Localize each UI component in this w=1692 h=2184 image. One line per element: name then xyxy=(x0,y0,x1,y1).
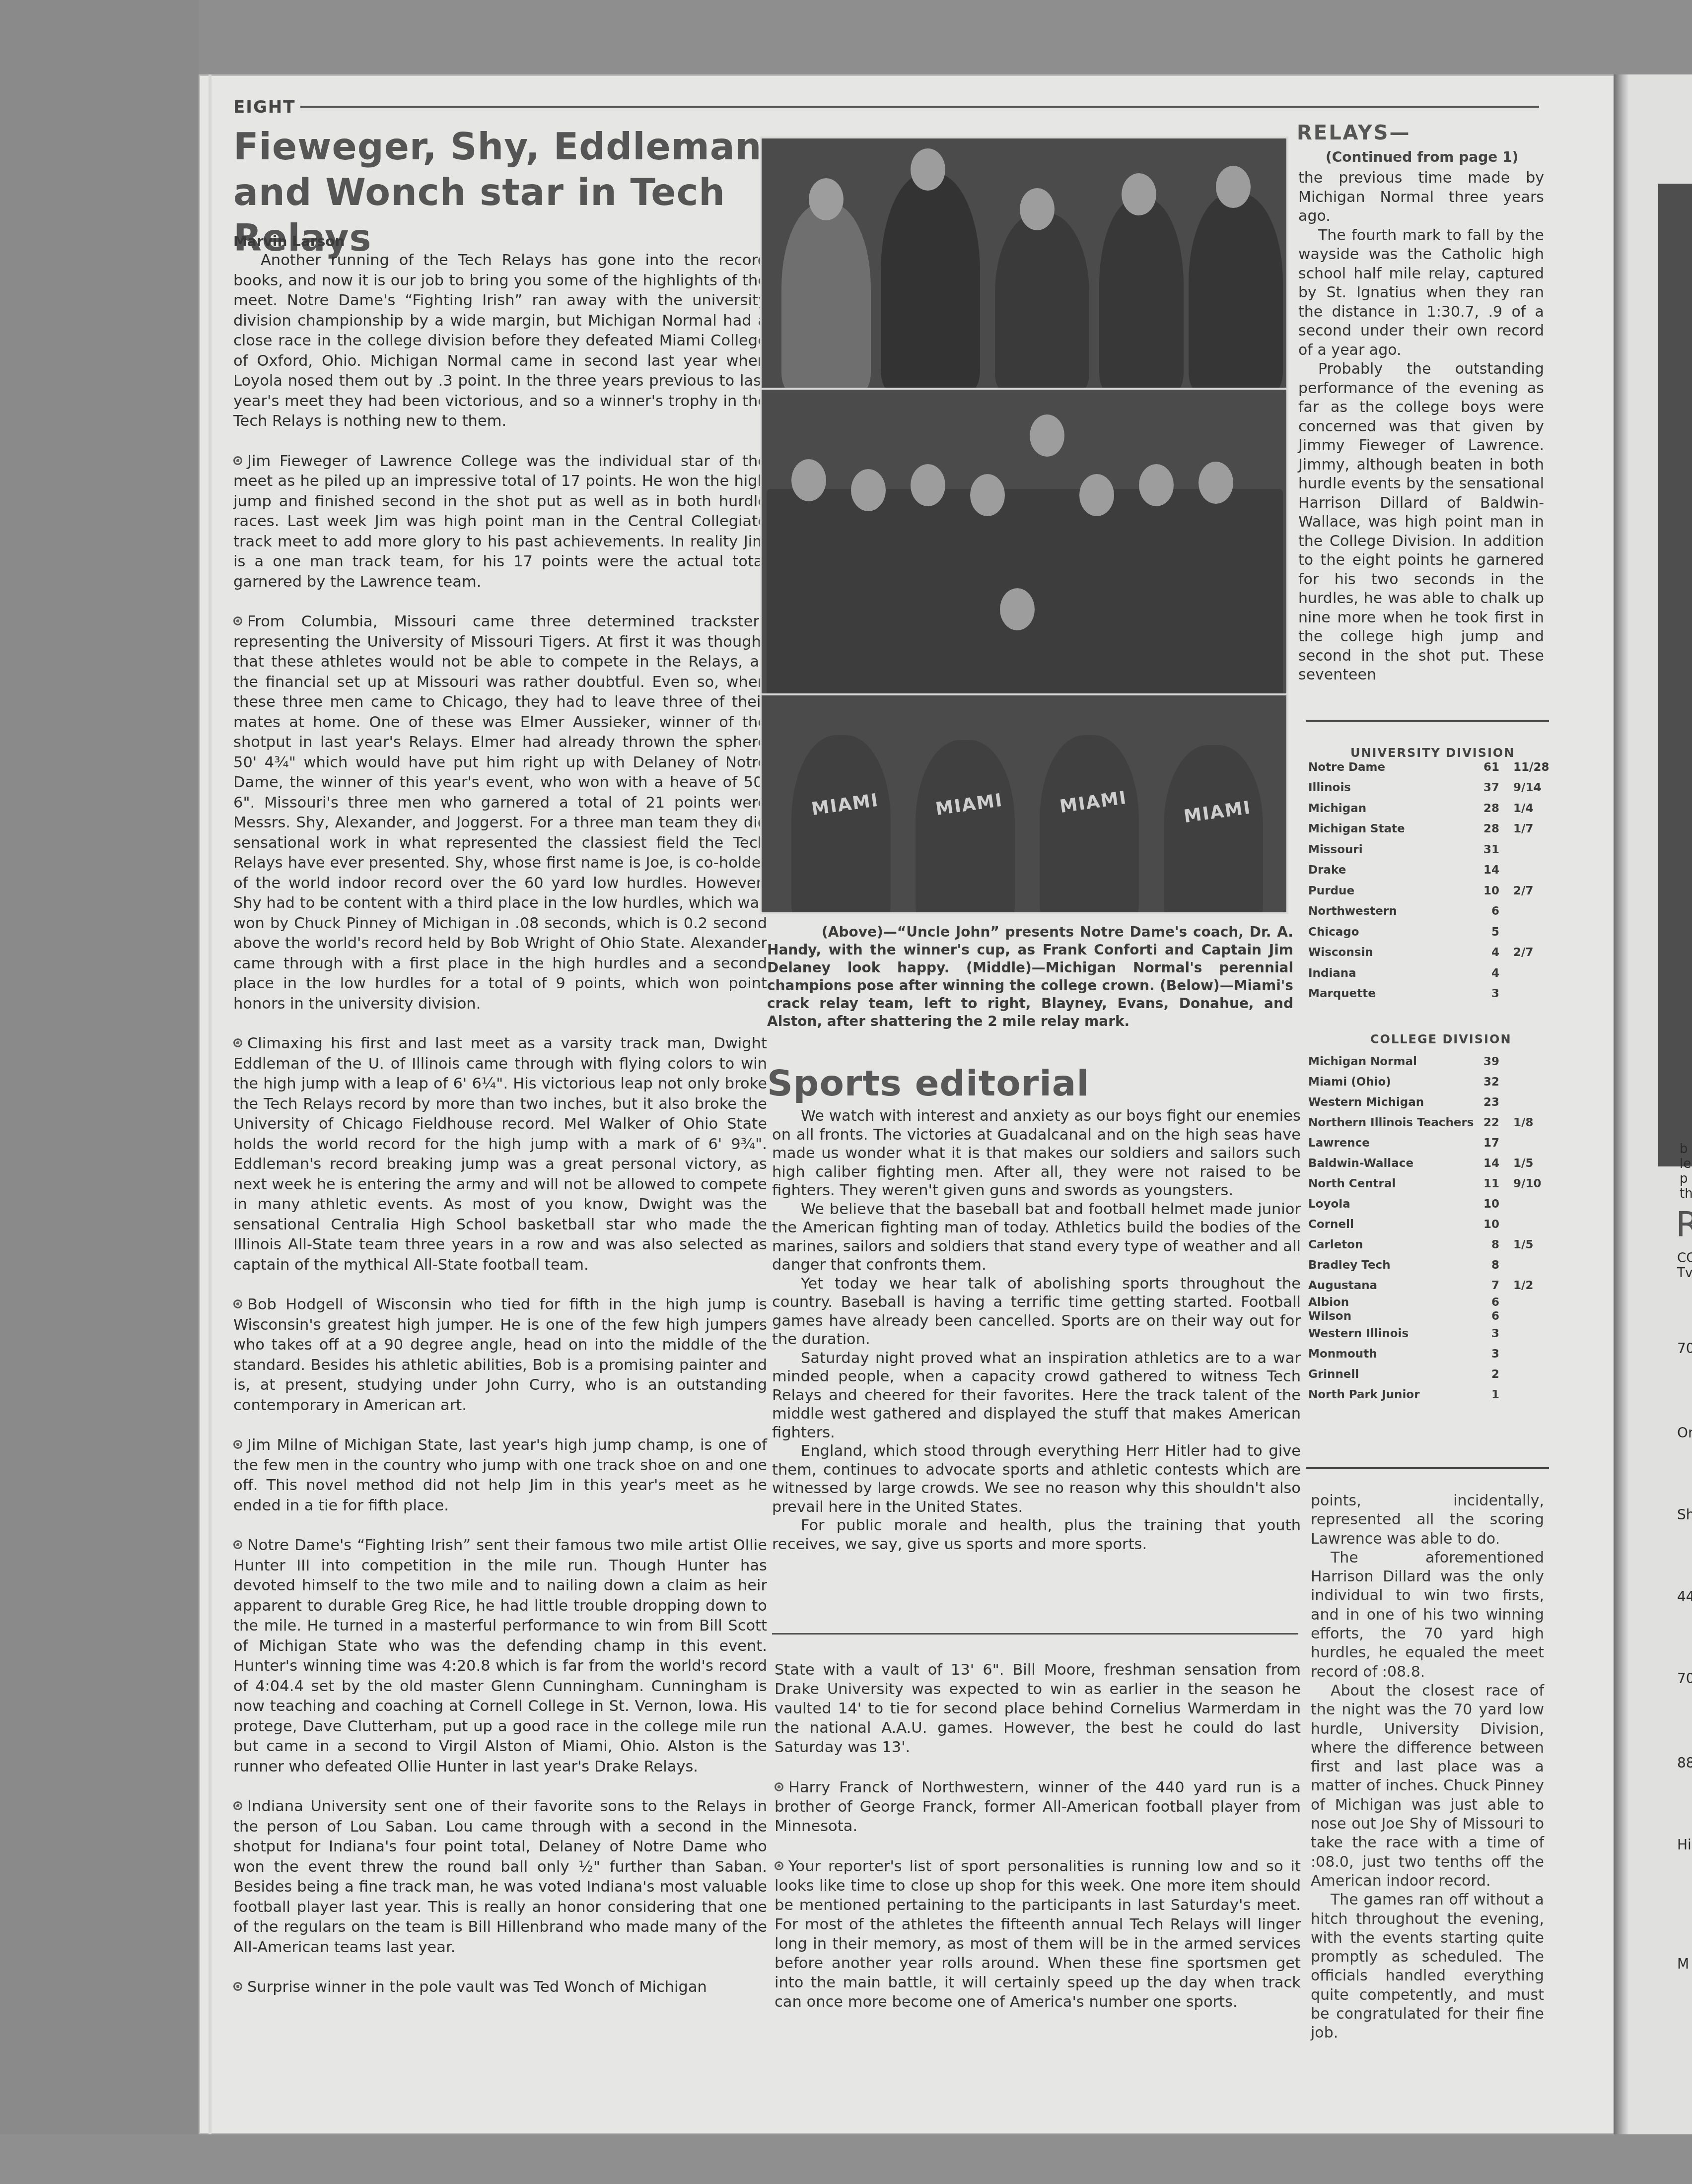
person-figure xyxy=(1099,198,1184,390)
bullet-icon xyxy=(775,1861,783,1870)
photo-caption: (Above)—“Uncle John” presents Notre Dame… xyxy=(767,923,1293,1030)
article-item: Jim Milne of Michigan State, last year's… xyxy=(233,1435,767,1516)
relays-story-continued: points, incidentally, represented all th… xyxy=(1311,1492,1544,2043)
editorial-paragraph: Yet today we hear talk of abolishing spo… xyxy=(772,1275,1301,1349)
table-rule xyxy=(1306,1467,1549,1469)
table-row: Wilson6 xyxy=(1308,1309,1556,1323)
table-row: Purdue102/7 xyxy=(1308,881,1556,901)
person-figure xyxy=(1164,745,1263,914)
relays-paragraph: The games ran off without a hitch throug… xyxy=(1311,1891,1544,2043)
adjacent-fragment: CO xyxy=(1677,1251,1692,1266)
adjacent-page-strip xyxy=(1614,74,1692,2134)
scan-margin-top xyxy=(0,0,1692,74)
person-head xyxy=(1122,173,1156,215)
table-row: Miami (Ohio)32 xyxy=(1308,1072,1556,1092)
table-row: Indiana4 xyxy=(1308,963,1556,984)
photo-stack: MIAMI MIAMI MIAMI MIAMI xyxy=(760,136,1288,914)
adjacent-photo xyxy=(1658,184,1692,1166)
continued-note: (Continued from page 1) xyxy=(1326,149,1518,165)
table-row: Drake14 xyxy=(1308,860,1556,881)
person-head xyxy=(1216,166,1251,208)
table-row: Northern Illinois Teachers221/8 xyxy=(1308,1112,1556,1133)
table-row: North Park Junior1 xyxy=(1308,1384,1556,1405)
editorial-paragraph: England, which stood through everything … xyxy=(772,1442,1301,1516)
article-item-text: Your reporter's list of sport personalit… xyxy=(775,1858,1301,2011)
table-row: Marquette3 xyxy=(1308,984,1556,1005)
bullet-icon xyxy=(233,1440,242,1449)
table-row: Loyola10 xyxy=(1308,1194,1556,1214)
adjacent-fragment: 70 xyxy=(1677,1340,1692,1357)
scan-margin-left xyxy=(0,0,199,2184)
adjacent-fragment: Or xyxy=(1677,1425,1692,1441)
adjacent-fragment: Hi xyxy=(1677,1837,1692,1853)
article-paragraph: Another running of the Tech Relays has g… xyxy=(233,251,767,432)
bullet-icon xyxy=(233,616,242,625)
adjacent-fragment: b xyxy=(1680,1142,1688,1157)
article-item-text: Jim Fieweger of Lawrence College was the… xyxy=(233,453,767,591)
table-row: North Central119/10 xyxy=(1308,1173,1556,1194)
article-item-text: Jim Milne of Michigan State, last year's… xyxy=(233,1436,767,1514)
table-row: Grinnell2 xyxy=(1308,1364,1556,1384)
table-row: Missouri31 xyxy=(1308,839,1556,860)
bullet-icon xyxy=(775,1782,783,1791)
table-row: Michigan State281/7 xyxy=(1308,819,1556,840)
person-figure xyxy=(916,740,1015,914)
university-standings: Notre Dame6111/28 Illinois379/14 Michiga… xyxy=(1308,757,1556,1004)
bullet-icon xyxy=(233,1038,242,1047)
photo-michigan-normal-team xyxy=(760,388,1288,695)
table-row: Augustana71/2 xyxy=(1308,1275,1556,1296)
adjacent-fragment: M xyxy=(1677,1956,1689,1972)
table-rule xyxy=(1306,720,1549,722)
article-item-text: Surprise winner in the pole vault was Te… xyxy=(247,1979,707,1996)
table-row: Bradley Tech8 xyxy=(1308,1255,1556,1275)
article-item: Bob Hodgell of Wisconsin who tied for fi… xyxy=(233,1295,767,1416)
article-item: Jim Fieweger of Lawrence College was the… xyxy=(233,452,767,593)
table-row: Baldwin-Wallace141/5 xyxy=(1308,1153,1556,1173)
person-head xyxy=(1079,474,1114,516)
relays-paragraph: The aforementioned Harrison Dillard was … xyxy=(1311,1549,1544,1682)
table-row: Illinois379/14 xyxy=(1308,778,1556,799)
article-item-text: Bob Hodgell of Wisconsin who tied for fi… xyxy=(233,1296,767,1414)
person-head xyxy=(1030,414,1064,457)
editorial-paragraph: Saturday night proved what an inspiratio… xyxy=(772,1349,1301,1442)
table-row: Michigan Normal39 xyxy=(1308,1051,1556,1072)
bullet-icon xyxy=(233,1299,242,1308)
editorial-paragraph: We watch with interest and anxiety as ou… xyxy=(772,1107,1301,1200)
person-head xyxy=(911,464,945,506)
person-figure xyxy=(881,173,980,390)
table-row: Lawrence17 xyxy=(1308,1133,1556,1153)
person-head xyxy=(1000,588,1035,630)
relays-paragraph: About the closest race of the night was … xyxy=(1311,1682,1544,1891)
person-head xyxy=(809,178,844,220)
person-head xyxy=(1139,464,1174,506)
person-figure xyxy=(791,735,891,914)
person-head xyxy=(911,148,945,191)
article-paragraph: State with a vault of 13' 6". Bill Moore… xyxy=(775,1660,1301,1757)
table-row: Western Illinois3 xyxy=(1308,1323,1556,1344)
college-division-title: COLLEGE DIVISION xyxy=(1370,1032,1512,1046)
relays-paragraph: points, incidentally, represented all th… xyxy=(1311,1492,1544,1549)
table-row: Western Michigan23 xyxy=(1308,1092,1556,1112)
editorial-paragraph: For public morale and health, plus the t… xyxy=(772,1516,1301,1554)
college-standings: Michigan Normal39 Miami (Ohio)32 Western… xyxy=(1308,1051,1556,1405)
article-item-text: From Columbia, Missouri came three deter… xyxy=(233,613,767,1013)
person-head xyxy=(970,474,1005,516)
table-row: Albion6 xyxy=(1308,1296,1556,1309)
editorial-title: Sports editorial xyxy=(767,1062,1089,1104)
adjacent-fragment: 44 xyxy=(1677,1588,1692,1605)
article-item: Notre Dame's “Fighting Irish” sent their… xyxy=(233,1536,767,1777)
table-row: Notre Dame6111/28 xyxy=(1308,757,1556,778)
adjacent-fragment: p xyxy=(1680,1171,1688,1186)
scan-margin-bottom xyxy=(0,2134,1692,2184)
adjacent-fragment: 88 xyxy=(1677,1755,1692,1771)
adjacent-fragment: Sh xyxy=(1677,1506,1692,1523)
adjacent-fragment: le xyxy=(1680,1157,1691,1171)
person-figure xyxy=(1189,193,1283,390)
article-continuation: State with a vault of 13' 6". Bill Moore… xyxy=(775,1660,1301,2033)
article-item-text: Climaxing his first and last meet as a v… xyxy=(233,1035,767,1274)
bullet-icon xyxy=(233,1540,242,1549)
person-figure xyxy=(781,203,871,390)
person-head xyxy=(791,459,826,501)
person-head xyxy=(1198,462,1233,504)
bullet-icon xyxy=(233,456,242,465)
main-article: Another running of the Tech Relays has g… xyxy=(233,251,767,2018)
photo-miami-relay-team: MIAMI MIAMI MIAMI MIAMI xyxy=(760,693,1288,914)
relays-paragraph: The fourth mark to fall by the wayside w… xyxy=(1298,226,1544,360)
editorial-paragraph: We believe that the baseball bat and foo… xyxy=(772,1200,1301,1275)
article-item: Your reporter's list of sport personalit… xyxy=(775,1857,1301,2012)
relays-heading: RELAYS— xyxy=(1297,122,1411,144)
table-row: Wisconsin42/7 xyxy=(1308,943,1556,963)
article-item-text: Harry Franck of Northwestern, winner of … xyxy=(775,1779,1301,1835)
photo-trophy-presentation xyxy=(760,136,1288,390)
adjacent-fragment: R xyxy=(1676,1204,1692,1244)
adjacent-fragment: 70 xyxy=(1677,1670,1692,1687)
person-head xyxy=(1020,188,1055,230)
article-item: Harry Franck of Northwestern, winner of … xyxy=(775,1778,1301,1836)
article-item: Indiana University sent one of their fav… xyxy=(233,1797,767,1958)
table-row: Monmouth3 xyxy=(1308,1344,1556,1364)
table-row: Chicago5 xyxy=(1308,922,1556,943)
article-item: Climaxing his first and last meet as a v… xyxy=(233,1034,767,1275)
header-rule xyxy=(233,106,1539,108)
article-item: From Columbia, Missouri came three deter… xyxy=(233,612,767,1014)
person-figure xyxy=(1040,735,1139,914)
page-number: EIGHT xyxy=(233,97,300,117)
table-row: Michigan281/4 xyxy=(1308,798,1556,819)
relays-paragraph: Probably the outstanding performance of … xyxy=(1298,360,1544,685)
page-gutter xyxy=(1614,74,1628,2134)
editorial-body: We watch with interest and anxiety as ou… xyxy=(772,1107,1301,1554)
table-row: Cornell10 xyxy=(1308,1214,1556,1234)
byline: Marvin Larson xyxy=(233,233,345,250)
article-item-text: Notre Dame's “Fighting Irish” sent their… xyxy=(233,1537,767,1775)
bullet-icon xyxy=(233,1982,242,1991)
person-figure xyxy=(995,213,1089,390)
section-rule xyxy=(772,1633,1298,1635)
table-row: Northwestern6 xyxy=(1308,901,1556,922)
article-item-text: Indiana University sent one of their fav… xyxy=(233,1798,767,1956)
person-head xyxy=(851,469,886,511)
adjacent-fragment: Tv xyxy=(1677,1266,1692,1281)
article-item: Surprise winner in the pole vault was Te… xyxy=(233,1978,767,1998)
bullet-icon xyxy=(233,1801,242,1810)
relays-paragraph: the previous time made by Michigan Norma… xyxy=(1298,169,1544,226)
table-row: Carleton81/5 xyxy=(1308,1234,1556,1255)
adjacent-fragment: th xyxy=(1680,1186,1692,1201)
relays-story: the previous time made by Michigan Norma… xyxy=(1298,169,1544,685)
